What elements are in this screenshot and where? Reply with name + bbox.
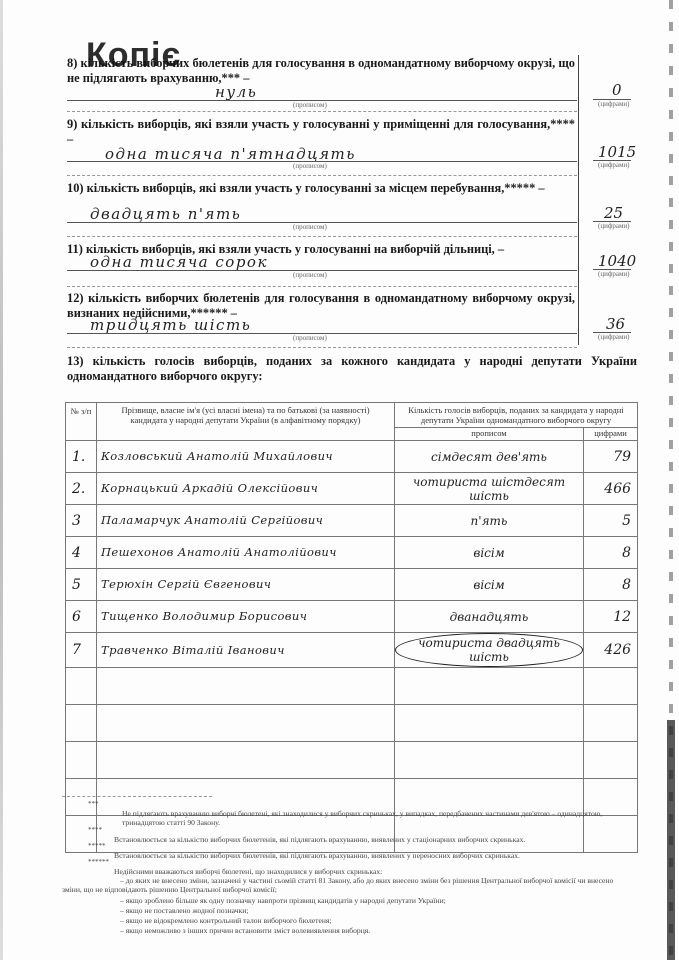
item-12-words: тридцять шість — [90, 316, 251, 334]
table-row: 1.Козловський Анатолій Михайловичсімдеся… — [66, 441, 638, 473]
footnote: ***Не підлягають врахуванню виборчі бюле… — [62, 800, 632, 827]
separator — [67, 286, 577, 287]
digits-caption: (цифрами) — [598, 161, 629, 169]
item-11-words: одна тисяча сорок — [90, 253, 268, 271]
scan-left-edge — [0, 0, 3, 960]
empty-cell — [395, 668, 584, 705]
item-8-words: нуль — [215, 83, 257, 101]
item-10-label: 10) кількість виборців, які взяли участь… — [67, 181, 575, 196]
votes-in-digits: 8 — [584, 537, 638, 569]
scan-right-shadow — [667, 720, 675, 960]
empty-cell — [395, 705, 584, 742]
invalid-reason: – якщо не відокремлено контрольний талон… — [120, 916, 620, 925]
words-caption: (прописом) — [293, 101, 327, 109]
item-10-digits: 25 — [604, 204, 623, 222]
votes-in-digits: 8 — [584, 569, 638, 601]
words-caption: (прописом) — [293, 162, 327, 170]
candidate-name: Корнацький Аркадій Олексійович — [97, 473, 395, 505]
candidate-name: Тищенко Володимир Борисович — [97, 601, 395, 633]
empty-cell — [97, 742, 395, 779]
row-number: 4 — [66, 537, 97, 569]
invalid-reason: – якщо неможливо з інших причин встанови… — [120, 926, 620, 935]
words-caption: (прописом) — [293, 334, 327, 342]
votes-in-words: чотириста шістдесят шість — [395, 473, 584, 505]
empty-cell — [97, 668, 395, 705]
table-row: 3Паламарчук Анатолій Сергійовичп'ять5 — [66, 505, 638, 537]
row-number: 5 — [66, 569, 97, 601]
candidates-table: № з/п Прізвище, власне ім'я (усі власні … — [65, 402, 638, 853]
invalid-reason: – до яких не внесено зміни, зазначені у … — [62, 876, 632, 894]
candidate-name: Паламарчук Анатолій Сергійович — [97, 505, 395, 537]
empty-cell — [584, 668, 638, 705]
candidate-name: Козловський Анатолій Михайлович — [97, 441, 395, 473]
digits-caption: (цифрами) — [598, 100, 629, 108]
digits-column-divider — [578, 55, 579, 345]
invalid-reason: – якщо зроблено більше як одну позначку … — [120, 896, 620, 905]
item-10-words: двадцять п'ять — [90, 205, 241, 223]
invalid-reason: – якщо не поставлено жодної позначки; — [120, 906, 620, 915]
copy-stamp: Копіє — [86, 36, 181, 75]
header-number: № з/п — [66, 403, 97, 441]
item-9-label: 9) кількість виборців, які взяли участь … — [67, 117, 575, 147]
footnote-mark: *** — [62, 800, 632, 809]
table-row: 5Терюхін Сергій Євгеновичвісім8 — [66, 569, 638, 601]
row-number: 1. — [66, 441, 97, 473]
row-number: 2. — [66, 473, 97, 505]
footnote-mark: ***** — [62, 842, 632, 851]
candidate-name: Травченко Віталій Іванович — [97, 633, 395, 668]
table-row: 2.Корнацький Аркадій Олексійовиччотирист… — [66, 473, 638, 505]
row-number: 3 — [66, 505, 97, 537]
votes-in-words: сімдесят дев'ять — [395, 441, 584, 473]
candidate-name: Терюхін Сергій Євгенович — [97, 569, 395, 601]
votes-in-digits: 79 — [584, 441, 638, 473]
header-candidate: Прізвище, власне ім'я (усі власні імена)… — [97, 403, 395, 441]
votes-in-words: вісім — [395, 569, 584, 601]
table-row: 7Травченко Віталій Івановиччотириста два… — [66, 633, 638, 668]
empty-cell — [66, 668, 97, 705]
row-number: 7 — [66, 633, 97, 668]
item-8-digits: 0 — [612, 81, 622, 99]
item-9-digits: 1015 — [598, 143, 636, 161]
votes-in-words: чотириста двадцять шість — [395, 633, 584, 668]
separator — [67, 175, 577, 176]
candidate-name: Пешехонов Анатолій Анатолійович — [97, 537, 395, 569]
empty-cell — [66, 742, 97, 779]
footnote-text: Недійсними вважаються виборчі бюлетені, … — [62, 867, 632, 876]
footnote-mark: **** — [62, 826, 632, 835]
item-13-label: 13) кількість голосів виборців, поданих … — [67, 354, 637, 384]
votes-in-words: дванадцять — [395, 601, 584, 633]
words-caption: (прописом) — [293, 223, 327, 231]
votes-in-digits: 466 — [584, 473, 638, 505]
table-row-empty — [66, 742, 638, 779]
empty-cell — [66, 705, 97, 742]
empty-cell — [584, 742, 638, 779]
votes-in-digits: 12 — [584, 601, 638, 633]
table-row-empty — [66, 668, 638, 705]
item-12-digits: 36 — [606, 315, 625, 333]
footnote: ******Недійсними вважаються виборчі бюле… — [62, 858, 632, 876]
footnote-mark: ****** — [62, 858, 632, 867]
footnote-rule — [62, 796, 212, 797]
votes-in-words: вісім — [395, 537, 584, 569]
empty-cell — [395, 742, 584, 779]
header-words: прописом — [395, 428, 584, 441]
table-row: 6Тищенко Володимир Борисовичдванадцять12 — [66, 601, 638, 633]
separator — [67, 347, 577, 348]
digits-caption: (цифрами) — [598, 333, 629, 341]
header-votes: Кількість голосів виборців, поданих за к… — [395, 403, 638, 428]
table-row: 4Пешехонов Анатолій Анатолійовичвісім8 — [66, 537, 638, 569]
votes-in-digits: 5 — [584, 505, 638, 537]
item-11-digits: 1040 — [598, 252, 636, 270]
header-digits: цифрами — [584, 428, 638, 441]
table-row-empty — [66, 705, 638, 742]
votes-in-digits: 426 — [584, 633, 638, 668]
votes-in-words: п'ять — [395, 505, 584, 537]
separator — [67, 111, 577, 112]
footnote-text: Не підлягають врахуванню виборчі бюлетен… — [62, 809, 632, 827]
separator — [67, 236, 577, 237]
digits-caption: (цифрами) — [598, 270, 629, 278]
empty-cell — [584, 705, 638, 742]
words-caption: (прописом) — [293, 271, 327, 279]
circled-words: чотириста двадцять шість — [395, 633, 583, 667]
digits-caption: (цифрами) — [598, 222, 629, 230]
empty-cell — [97, 705, 395, 742]
row-number: 6 — [66, 601, 97, 633]
